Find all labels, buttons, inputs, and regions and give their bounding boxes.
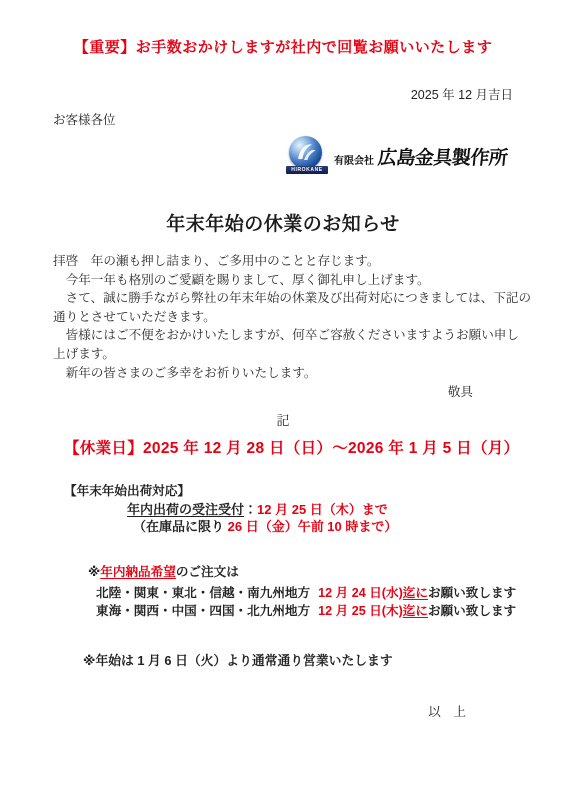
note-highlight: 年内納品希望 xyxy=(100,565,176,579)
closing-keigu: 敬具 xyxy=(448,381,473,400)
document-date: 2025 年 12 月吉日 xyxy=(411,85,513,103)
end-of-document-label: 以 上 xyxy=(428,701,466,720)
stock-deadline-line: （在庫品に限り 26 日（金）午前 10 時まで） xyxy=(133,516,397,535)
region-deadline-date: 12 月 25 日(木) xyxy=(318,604,403,618)
newyear-business-note: ※年始は 1 月 6 日（火）より通常通り営業いたします xyxy=(83,650,393,669)
body-line: 拝啓 年の瀬も押し詰まり、ご多用中のことと存じます。 xyxy=(53,252,518,271)
company-prefix: 有限会社 xyxy=(334,152,374,167)
addressee: お客様各位 xyxy=(53,110,116,128)
region-deadline-line: 北陸・関東・東北・信越・南九州地方12 月 24 日(水)迄にお願い致します xyxy=(96,582,516,601)
note-mark: ※ xyxy=(88,565,100,579)
company-logo: HIROKANE 有限会社 広島金具製作所 xyxy=(288,136,508,176)
region-deadline-suffix: お願い致します xyxy=(428,604,516,618)
stock-deadline-date: 26 日（金）午前 10 時まで） xyxy=(228,519,398,534)
record-mark: 記 xyxy=(0,410,566,429)
globe-swirl-icon xyxy=(289,136,322,169)
delivery-request-note: ※年内納品希望のご注文は xyxy=(88,561,239,580)
holiday-period: 【休業日】2025 年 12 月 28 日（日）～2026 年 1 月 5 日（… xyxy=(64,436,519,458)
note-suffix: のご注文は xyxy=(176,565,239,579)
region-deadline-line: 東海・関西・中国・四国・北九州地方12 月 25 日(木)迄にお願い致します xyxy=(96,600,516,619)
logo-mark: HIROKANE xyxy=(288,136,324,176)
page-title: 年末年始の休業のお知らせ xyxy=(0,209,566,236)
region-names: 北陸・関東・東北・信越・南九州地方 xyxy=(96,586,310,600)
important-circulation-notice: 【重要】お手数おかけしますが社内で回覧お願いいたします xyxy=(0,36,566,57)
company-name-block: 有限会社 広島金具製作所 xyxy=(334,143,508,170)
region-deadline-madeni: 迄に xyxy=(403,604,428,618)
region-names: 東海・関西・中国・四国・北九州地方 xyxy=(96,604,310,618)
region-deadline-suffix: お願い致します xyxy=(428,586,516,600)
body-line: 皆様にはご不便をおかけいたしますが、何卒ご容赦くださいますようお願い申し xyxy=(53,326,518,345)
greeting-body: 拝啓 年の瀬も押し詰まり、ご多用中のことと存じます。 今年一年も格別のご愛顧を賜… xyxy=(53,252,518,382)
order-deadline-date: 12 月 25 日（木）まで xyxy=(257,502,388,517)
stock-deadline-prefix: （在庫品に限り xyxy=(133,519,228,534)
company-name: 広島金具製作所 xyxy=(377,143,509,170)
body-line: 新年の皆さまのご多幸をお祈りいたします。 xyxy=(53,364,518,383)
shipping-section-heading: 【年末年始出荷対応】 xyxy=(64,480,190,499)
body-line: さて、誠に勝手ながら弊社の年末年始の休業及び出荷対応につきましては、下記の xyxy=(53,289,518,308)
order-deadline-colon: ： xyxy=(244,502,257,517)
region-deadline-date: 12 月 24 日(水) xyxy=(318,586,403,600)
logo-badge-text: HIROKANE xyxy=(286,166,328,174)
order-deadline-label: 年内出荷の受注受付 xyxy=(127,502,244,517)
region-deadline-madeni: 迄に xyxy=(403,586,428,600)
body-line: 今年一年も格別のご愛顧を賜りまして、厚く御礼申し上げます。 xyxy=(53,271,518,290)
body-line: 通りとさせていただきます。 xyxy=(53,308,518,327)
body-line: 上げます。 xyxy=(53,345,518,364)
notice-document-page: 【重要】お手数おかけしますが社内で回覧お願いいたします 2025 年 12 月吉… xyxy=(0,0,566,800)
